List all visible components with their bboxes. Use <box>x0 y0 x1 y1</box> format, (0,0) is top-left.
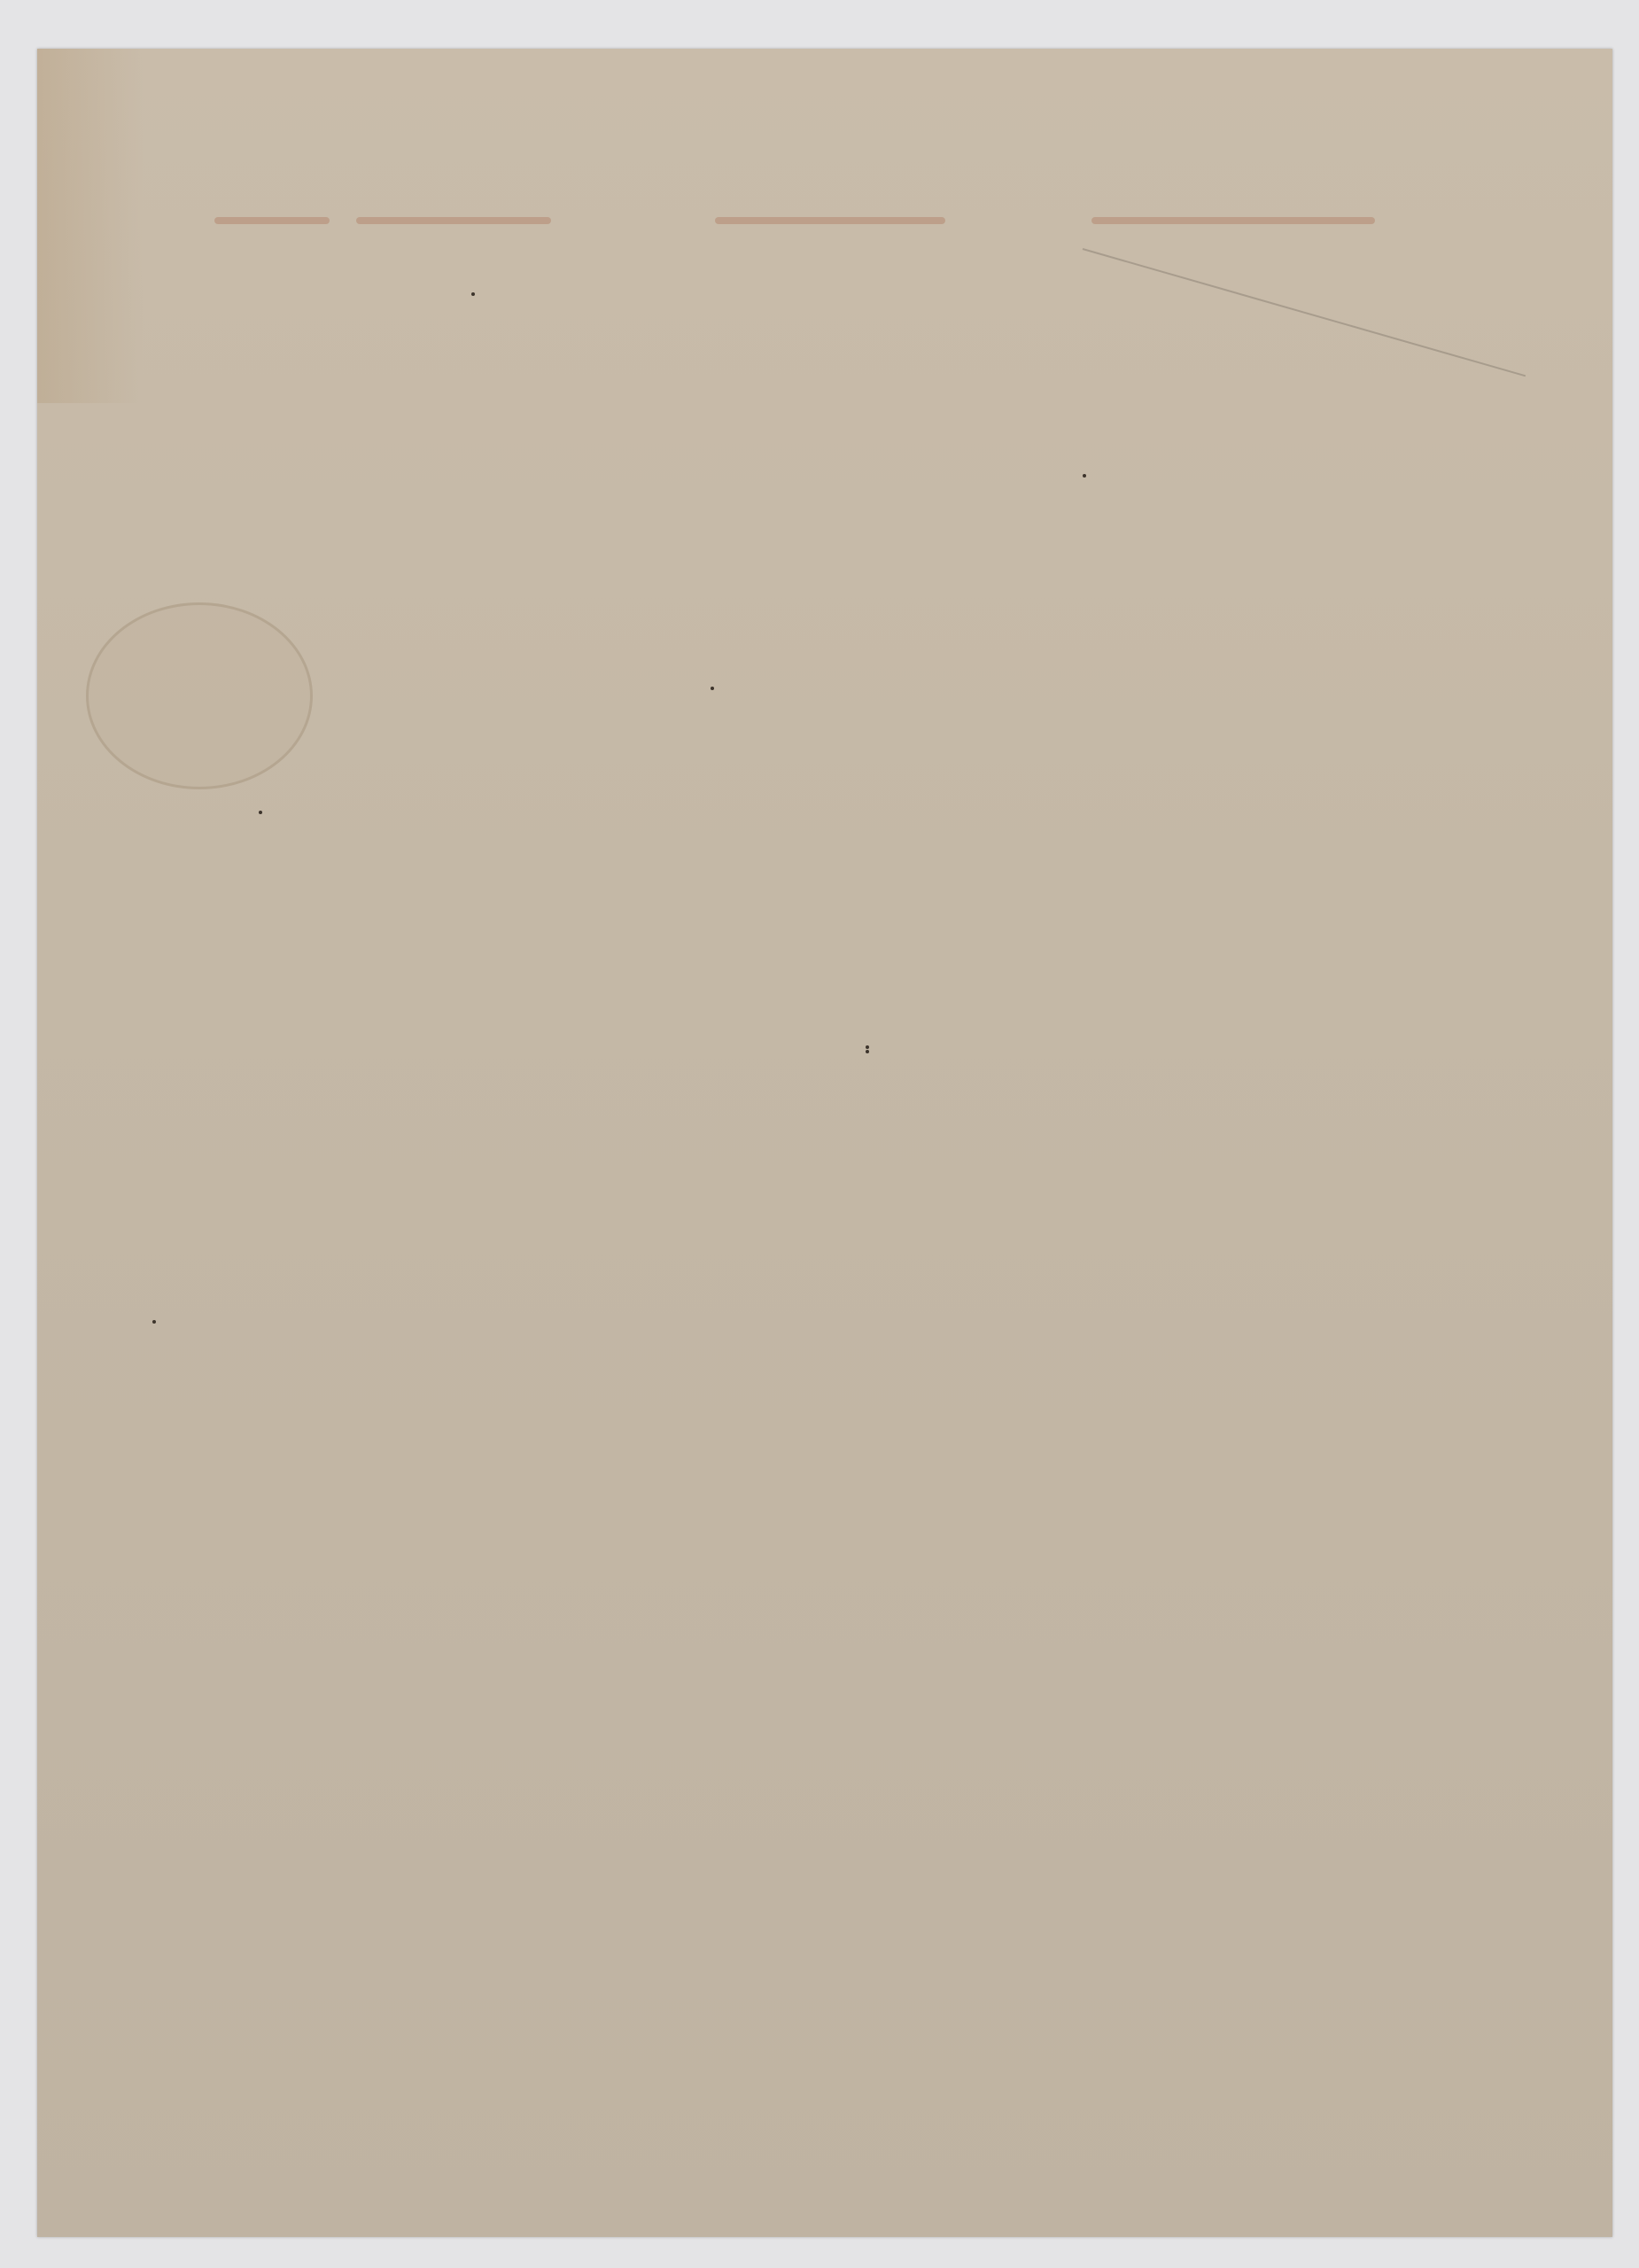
speck <box>152 1320 156 1324</box>
paper-sheet <box>37 49 1612 2237</box>
speck <box>866 1050 869 1053</box>
water-stain <box>86 602 313 789</box>
bleed-mark <box>356 217 551 224</box>
speck <box>866 1045 869 1049</box>
speck <box>1083 474 1086 478</box>
bleed-mark <box>214 217 330 224</box>
crease <box>1083 248 1526 377</box>
speck <box>259 811 262 814</box>
speck <box>711 687 714 690</box>
bleed-mark <box>1091 217 1375 224</box>
bleed-mark <box>715 217 945 224</box>
speck <box>471 292 475 296</box>
